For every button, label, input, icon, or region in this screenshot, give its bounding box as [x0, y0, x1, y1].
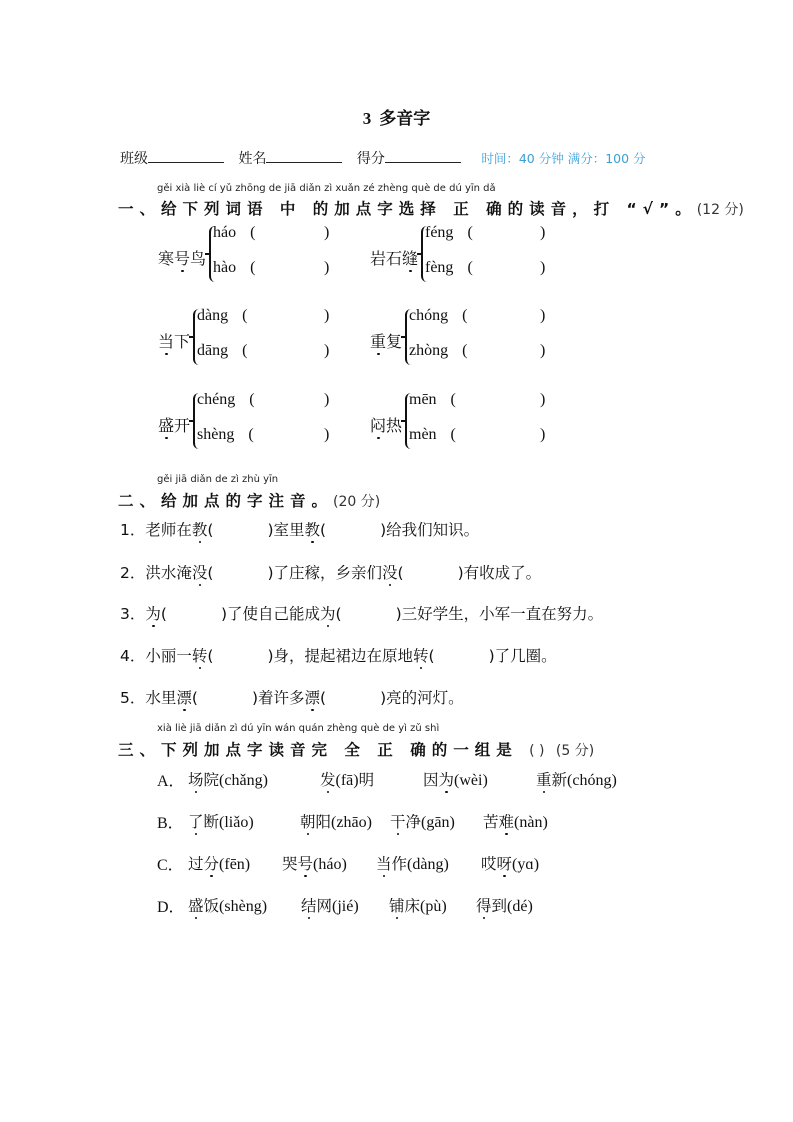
word-group-word: 盛开 [158, 413, 190, 436]
pinyin-option[interactable]: dāng() [197, 342, 247, 360]
score-label: 得分 [357, 151, 385, 167]
section2-score: (20 分) [333, 494, 380, 510]
sentence-number: 1． [120, 521, 145, 539]
choice-label: A． [157, 768, 185, 791]
answer-blank[interactable]: ( ) [529, 743, 544, 759]
sentence-text: )亮的河灯。 [380, 689, 464, 707]
word-char: 净 [406, 813, 422, 831]
choice-word: 重新(chóng) [536, 768, 617, 790]
answer-paren-close: ) [324, 259, 329, 277]
pinyin-annotation: (yɑ) [512, 856, 539, 873]
dotted-char: 分 [204, 855, 220, 873]
pinyin-annotation: (fā) [336, 772, 359, 789]
sentence-row: 5．水里漂()着许多漂()亮的河灯。 [120, 686, 464, 708]
answer-paren-open: ( [242, 307, 247, 324]
word-char: 阳 [316, 813, 332, 831]
answer-paren-open: ( [462, 307, 467, 324]
choice-word: 盛饭(shèng) [188, 894, 267, 916]
pinyin-annotation: (zhāo) [331, 814, 372, 831]
word-char: 因 [423, 771, 439, 789]
sentence-number: 3． [120, 605, 145, 623]
dotted-char: 难 [499, 813, 515, 831]
dotted-char: 缝 [402, 249, 418, 268]
pinyin-option-text: hào [213, 259, 236, 276]
title-number: 3 [363, 109, 372, 128]
answer-paren-close: ) [540, 259, 545, 277]
sentence-text: )了几圈。 [489, 647, 557, 665]
student-info-line: 班级 姓名 得分 时间：40 分钟 满分：100 分 [120, 148, 646, 168]
pinyin-annotation: (chóng) [567, 772, 617, 789]
sentence-text: 老师在 [145, 521, 192, 539]
answer-paren-open: ( [242, 342, 247, 359]
answer-paren-close: ) [540, 224, 545, 242]
dotted-char: 铺 [389, 897, 405, 915]
dotted-char: 呀 [497, 855, 513, 873]
choice-word: 场院(chǎng) [188, 768, 268, 790]
answer-paren-open: ( [249, 391, 254, 408]
answer-paren-open: ( [467, 224, 472, 241]
choice-option-c[interactable]: C．过分(fēn)哭号(háo)当作(dàng)哎呀(yɑ) [0, 852, 793, 876]
pinyin-annotation: (chǎng) [219, 772, 268, 789]
pinyin-annotation: (jié) [332, 898, 359, 915]
dotted-char: 为 [439, 771, 455, 789]
word-char: 哎 [481, 855, 497, 873]
word-char: 到 [492, 897, 508, 915]
word-char: 明 [359, 771, 375, 789]
section2-heading: 二、给加点的字注音。(20 分) [118, 489, 380, 511]
answer-paren-close: ) [324, 342, 329, 360]
score-field[interactable] [385, 148, 461, 163]
word-char: 断 [204, 813, 220, 831]
dotted-char: 漂 [305, 689, 321, 707]
answer-paren-open: ( [336, 605, 342, 623]
dotted-char: 号 [298, 855, 314, 873]
choice-word: 哭号(háo) [282, 852, 347, 874]
choice-word: 哎呀(yɑ) [481, 852, 539, 874]
answer-paren-close: ) [540, 426, 545, 444]
answer-paren-open: ( [320, 689, 326, 707]
pinyin-annotation: (dé) [507, 898, 533, 915]
choice-word: 干净(gān) [390, 810, 455, 832]
pinyin-option-text: dàng [197, 307, 228, 324]
char: 石 [386, 249, 402, 268]
choice-label: D． [157, 894, 185, 917]
pinyin-option-text: chéng [197, 391, 235, 408]
pinyin-option-text: chóng [409, 307, 448, 324]
choice-word: 当作(dàng) [376, 852, 449, 874]
word-group-word: 寒号鸟 [158, 246, 206, 269]
pinyin-option-text: féng [425, 224, 453, 241]
dotted-char: 闷 [370, 416, 386, 435]
section2-heading-text: 二、给加点的字注音。 [118, 492, 333, 510]
char: 寒 [158, 249, 174, 268]
sentence-text: )三好学生，小军一直在努力。 [396, 605, 604, 623]
word-char: 过 [188, 855, 204, 873]
choice-word: 得到(dé) [476, 894, 533, 916]
answer-paren-open: ( [451, 391, 456, 408]
title-text: 多音字 [379, 109, 430, 129]
dotted-char: 没 [192, 564, 208, 582]
section1-score: (12 分) [697, 202, 744, 218]
sentence-text: )了使自己能成 [221, 605, 320, 623]
answer-paren-open: ( [250, 259, 255, 276]
pinyin-annotation: (wèi) [454, 772, 488, 789]
answer-paren-open: ( [451, 426, 456, 443]
class-label: 班级 [120, 151, 148, 167]
answer-paren-open: ( [248, 426, 253, 443]
sentence-text: )着许多 [252, 689, 305, 707]
sentence-number: 2． [120, 564, 145, 582]
answer-paren-open: ( [429, 647, 435, 665]
dotted-char: 没 [382, 564, 398, 582]
time-score-meta: 时间：40 分钟 满分：100 分 [481, 151, 645, 166]
pinyin-option-text: fèng [425, 259, 453, 276]
word-group-word: 岩石缝 [370, 246, 418, 269]
pinyin-annotation: (dàng) [407, 856, 449, 873]
dotted-char: 教 [192, 521, 208, 539]
sentence-row: 2．洪水淹没()了庄稼，乡亲们没()有收成了。 [120, 561, 541, 583]
choice-option-a[interactable]: A．场院(chǎng)发(fā)明因为(wèi)重新(chóng) [0, 768, 793, 792]
dotted-char: 漂 [176, 689, 192, 707]
pinyin-annotation: (gān) [421, 814, 455, 831]
sentence-text: 小丽一 [145, 647, 192, 665]
answer-paren-close: ) [324, 391, 329, 409]
word-char: 作 [392, 855, 408, 873]
dotted-char: 重 [370, 332, 386, 351]
dotted-char: 为 [145, 605, 161, 623]
answer-paren-close: ) [324, 224, 329, 242]
choice-option-b[interactable]: B．了断(liǎo)朝阳(zhāo)干净(gān)苦难(nàn) [0, 810, 793, 834]
pinyin-option-text: mēn [409, 391, 437, 408]
choice-word: 因为(wèi) [423, 768, 488, 790]
word-char: 院 [204, 771, 220, 789]
sentence-number: 4． [120, 647, 145, 665]
sentence-text: )有收成了。 [458, 564, 542, 582]
word-char: 网 [317, 897, 333, 915]
answer-paren-close: ) [324, 307, 329, 325]
dotted-char: 结 [301, 897, 317, 915]
answer-paren-open: ( [207, 564, 213, 582]
pinyin-option-text: shèng [197, 426, 234, 443]
dotted-char: 重 [536, 771, 552, 789]
answer-paren-close: ) [540, 391, 545, 409]
char: 热 [386, 416, 402, 435]
class-field[interactable] [148, 148, 224, 163]
choice-word: 铺床(pù) [389, 894, 447, 916]
answer-paren-open: ( [467, 259, 472, 276]
dotted-char: 转 [192, 647, 208, 665]
answer-paren-open: ( [207, 521, 213, 539]
answer-paren-open: ( [250, 224, 255, 241]
choice-label: B． [157, 810, 184, 833]
choice-word: 发(fā)明 [320, 768, 374, 790]
pinyin-annotation: (pù) [420, 898, 447, 915]
char: 开 [174, 416, 190, 435]
dotted-char: 朝 [300, 813, 316, 831]
sentence-number: 5． [120, 689, 145, 707]
pinyin-option[interactable]: mèn() [409, 426, 456, 444]
dotted-char: 转 [413, 647, 429, 665]
dotted-char: 了 [188, 813, 204, 831]
word-group-word: 重复 [370, 329, 402, 352]
dotted-char: 干 [390, 813, 406, 831]
word-group-word: 当下 [158, 329, 190, 352]
char: 鸟 [190, 249, 206, 268]
sentence-row: 3．为()了使自己能成为()三好学生，小军一直在努力。 [120, 602, 603, 624]
answer-paren-open: ( [320, 521, 326, 539]
pinyin-option[interactable]: fèng() [425, 259, 473, 277]
pinyin-option[interactable]: dàng() [197, 307, 247, 325]
sentence-text: )给我们知识。 [380, 521, 479, 539]
page-title: 3多音字 [0, 104, 793, 129]
answer-paren-open: ( [161, 605, 167, 623]
pinyin-option-text: mèn [409, 426, 437, 443]
word-group-word: 闷热 [370, 413, 402, 436]
dotted-char: 号 [174, 249, 190, 268]
dotted-char: 盛 [158, 416, 174, 435]
answer-paren-open: ( [462, 342, 467, 359]
word-char: 饭 [204, 897, 220, 915]
sentence-row: 1．老师在教()室里教()给我们知识。 [120, 518, 479, 540]
pinyin-option[interactable]: chóng() [409, 307, 467, 325]
sentence-text: 洪水淹 [145, 564, 192, 582]
char: 岩 [370, 249, 386, 268]
word-char: 新 [552, 771, 568, 789]
char: 下 [174, 332, 190, 351]
section2-pinyin: gěi jiā diǎn de zì zhù yīn [157, 474, 278, 485]
pinyin-option[interactable]: shèng() [197, 426, 254, 444]
name-label: 姓名 [238, 151, 266, 167]
sentence-text: )身，提起裙边在原地 [267, 647, 413, 665]
dotted-char: 得 [476, 897, 492, 915]
choice-word: 了断(liǎo) [188, 810, 254, 832]
pinyin-annotation: (háo) [313, 856, 347, 873]
pinyin-option[interactable]: féng() [425, 224, 473, 242]
dotted-char: 当 [376, 855, 392, 873]
pinyin-option[interactable]: hào() [213, 259, 255, 277]
pinyin-annotation: (fēn) [219, 856, 250, 873]
pinyin-option-text: zhòng [409, 342, 448, 359]
pinyin-option[interactable]: chéng() [197, 391, 255, 409]
sentence-text: )室里 [267, 521, 304, 539]
answer-paren-close: ) [324, 426, 329, 444]
answer-paren-open: ( [207, 647, 213, 665]
pinyin-option[interactable]: mēn() [409, 391, 456, 409]
section1-pinyin: gěi xià liè cí yǔ zhōng de jiā diǎn zì x… [157, 183, 496, 194]
pinyin-annotation: (shèng) [219, 898, 267, 915]
pinyin-annotation: (liǎo) [219, 814, 254, 831]
choice-option-d[interactable]: D．盛饭(shèng)结网(jié)铺床(pù)得到(dé) [0, 894, 793, 918]
pinyin-option-text: dāng [197, 342, 228, 359]
section3-heading: 三、下列加点字读音完 全 正 确的一组是 ( ) (5 分) [118, 738, 594, 760]
pinyin-option[interactable]: zhòng() [409, 342, 467, 360]
choice-label: C． [157, 852, 184, 875]
char: 复 [386, 332, 402, 351]
dotted-char: 场 [188, 771, 204, 789]
dotted-char: 盛 [188, 897, 204, 915]
word-char: 苦 [483, 813, 499, 831]
word-char: 床 [405, 897, 421, 915]
choice-word: 朝阳(zhāo) [300, 810, 372, 832]
section1-heading-text: 一、给下列词语 中 的加点字选择 正 确的读音，打 “√”。 [118, 200, 697, 218]
choice-word: 结网(jié) [301, 894, 359, 916]
answer-paren-close: ) [540, 342, 545, 360]
word-char: 哭 [282, 855, 298, 873]
section3-heading-text: 三、下列加点字读音完 全 正 确的一组是 [118, 741, 518, 759]
section3-pinyin: xià liè jiā diǎn zì dú yīn wán quán zhèn… [157, 723, 439, 734]
section3-score: (5 分) [556, 743, 594, 759]
pinyin-option-text: háo [213, 224, 236, 241]
answer-paren-open: ( [398, 564, 404, 582]
sentence-row: 4．小丽一转()身，提起裙边在原地转()了几圈。 [120, 644, 557, 666]
pinyin-annotation: (nàn) [514, 814, 548, 831]
answer-paren-open: ( [192, 689, 198, 707]
section1-heading: 一、给下列词语 中 的加点字选择 正 确的读音，打 “√”。(12 分) [118, 197, 744, 219]
choice-word: 过分(fēn) [188, 852, 250, 874]
dotted-char: 当 [158, 332, 174, 351]
dotted-char: 发 [320, 771, 336, 789]
sentence-text: )了庄稼，乡亲们 [267, 564, 382, 582]
sentence-text: 水里 [145, 689, 176, 707]
dotted-char: 为 [320, 605, 336, 623]
name-field[interactable] [266, 148, 342, 163]
choice-word: 苦难(nàn) [483, 810, 548, 832]
pinyin-option[interactable]: háo() [213, 224, 255, 242]
dotted-char: 教 [305, 521, 321, 539]
answer-paren-close: ) [540, 307, 545, 325]
